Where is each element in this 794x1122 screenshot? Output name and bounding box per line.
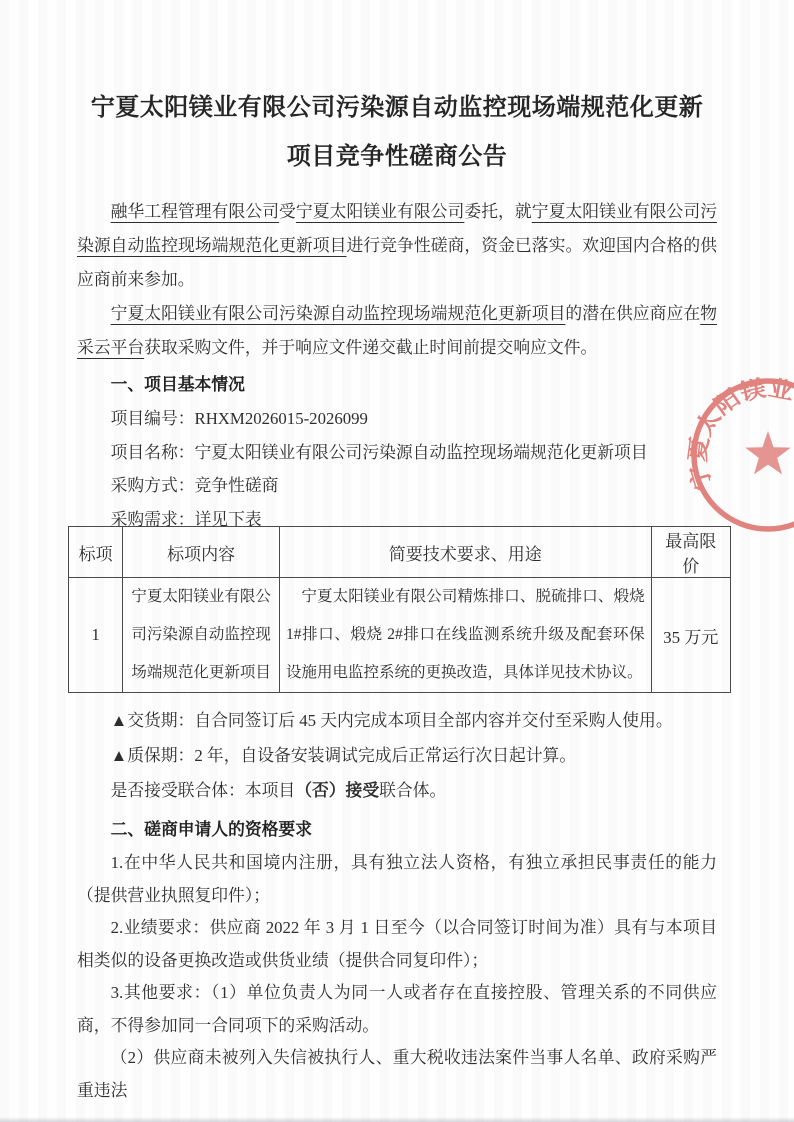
consortium-answer-bold: （否）接受 <box>295 781 379 800</box>
section2-heading: 二、磋商申请人的资格要求 <box>77 812 717 847</box>
project-name: 项目名称：宁夏太阳镁业有限公司污染源自动监控现场端规范化更新项目 <box>77 436 717 470</box>
text-segment: 的潜在供应商应在 <box>565 304 700 323</box>
document-content: 宁夏太阳镁业有限公司污染源自动监控现场端规范化更新 项目竞争性磋商公告 融华工程… <box>77 0 717 1107</box>
section1-heading: 一、项目基本情况 <box>77 368 717 402</box>
intro-section: 融华工程管理有限公司受宁夏太阳镁业有限公司委托，就宁夏太阳镁业有限公司污染源自动… <box>77 195 717 365</box>
buyer-name-underlined: 宁夏太阳镁业有限公司 <box>296 202 464 221</box>
cell-item-no: 1 <box>69 578 123 693</box>
qualification-item-2: 2.业绩要求：供应商 2022 年 3 月 1 日至今（以合同签订时间为准）具有… <box>77 912 717 977</box>
title-line-1: 宁夏太阳镁业有限公司污染源自动监控现场端规范化更新 <box>77 84 717 133</box>
project-name-underlined: 宁夏太阳镁业有限公司污染源自动监控现场端规范化更新项目 <box>111 304 566 323</box>
intro-paragraph-2: 宁夏太阳镁业有限公司污染源自动监控现场端规范化更新项目的潜在供应商应在物采云平台… <box>77 297 717 365</box>
agency-name-underlined: 融华工程管理有限公司 <box>111 202 279 221</box>
cell-tech-requirements: 宁夏太阳镁业有限公司精炼排口、脱硫排口、煅烧 1#排口、煅烧 2#排口在线监测系… <box>279 578 651 693</box>
project-number: 项目编号：RHXM2026015-2026099 <box>77 402 717 436</box>
text-segment: 受 <box>279 202 296 221</box>
document-page: 宁夏太阳镁业有限公司 宁夏太阳镁业有限公司污染源自动监控现场端规范化更新 项目竞… <box>0 0 794 1122</box>
header-max-price: 最高限价 <box>651 527 730 578</box>
cell-item-content: 宁夏太阳镁业有限公司污染源自动监控现场端规范化更新项目 <box>123 578 280 693</box>
cell-max-price: 35 万元 <box>651 578 730 693</box>
seal-star <box>745 431 791 474</box>
text-segment: 委托，就 <box>464 202 531 221</box>
document-title: 宁夏太阳镁业有限公司污染源自动监控现场端规范化更新 项目竞争性磋商公告 <box>77 84 717 182</box>
consortium-note: 是否接受联合体：本项目（否）接受联合体。 <box>77 773 717 808</box>
qualification-requirements: 1.在中华人民共和国境内注册，具有独立法人资格，有独立承担民事责任的能力（提供营… <box>77 847 717 1107</box>
warranty-note: ▲质保期：2 年，自设备安装调试完成后正常运行次日起计算。 <box>77 738 717 773</box>
procurement-method: 采购方式：竞争性磋商 <box>77 469 717 503</box>
project-info-list: 项目编号：RHXM2026015-2026099 项目名称：宁夏太阳镁业有限公司… <box>77 402 717 536</box>
title-line-2: 项目竞争性磋商公告 <box>77 133 717 182</box>
text-segment: 获取采购文件，并于响应文件递交截止时间前提交响应文件。 <box>144 338 597 357</box>
requirements-table: 标项 标项内容 简要技术要求、用途 最高限价 1 宁夏太阳镁业有限公司污染源自动… <box>68 526 731 693</box>
text-segment: 是否接受联合体：本项目 <box>111 781 296 800</box>
notes-section: ▲交货期：自合同签订后 45 天内完成本项目全部内容并交付至采购人使用。 ▲质保… <box>77 703 717 808</box>
qualification-item-3-sub2: （2）供应商未被列入失信被执行人、重大税收违法案件当事人名单、政府采购严重违法 <box>77 1042 717 1107</box>
header-tech-requirements: 简要技术要求、用途 <box>279 527 651 578</box>
qualification-item-1: 1.在中华人民共和国境内注册，具有独立法人资格，有独立承担民事责任的能力（提供营… <box>77 847 717 912</box>
qualification-item-3: 3.其他要求：（1）单位负责人为同一人或者存在直接控股、管理关系的不同供应商，不… <box>77 977 717 1042</box>
delivery-note: ▲交货期：自合同签订后 45 天内完成本项目全部内容并交付至采购人使用。 <box>77 703 717 738</box>
intro-paragraph-1: 融华工程管理有限公司受宁夏太阳镁业有限公司委托，就宁夏太阳镁业有限公司污染源自动… <box>77 195 717 297</box>
text-segment: 联合体。 <box>379 781 446 800</box>
table-row: 1 宁夏太阳镁业有限公司污染源自动监控现场端规范化更新项目 宁夏太阳镁业有限公司… <box>69 578 731 693</box>
